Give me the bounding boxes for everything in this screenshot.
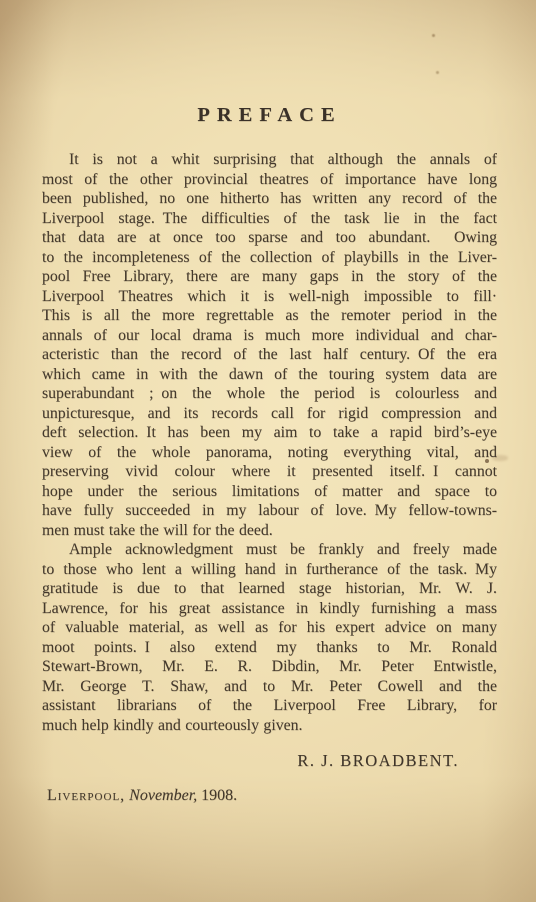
text-line: have fully succeeded in my labour of lov…	[42, 501, 497, 521]
text-line: men must take the will for the deed.	[42, 521, 497, 541]
text-line: assistant librarians of the Liverpool Fr…	[42, 696, 497, 716]
text-line: that data are at once too sparse and too…	[42, 228, 497, 248]
author-signature: R. J. BROADBENT.	[42, 751, 497, 771]
dateline-month: November,	[129, 787, 197, 804]
text-line: Stewart-Brown, Mr. E. R. Dibdin, Mr. Pet…	[42, 657, 497, 677]
paragraph-2: Ample acknowledgment must be frankly and…	[42, 540, 497, 735]
text-line: Liverpool stage. The difficulties of the…	[42, 209, 497, 229]
text-line: annals of our local drama is much more i…	[42, 326, 497, 346]
text-line: preserving vivid colour where it present…	[42, 462, 497, 482]
text-line: deft selection. It has been my aim to ta…	[42, 423, 497, 443]
text-line: view of the whole panorama, noting every…	[42, 443, 497, 463]
dateline-place: Liverpool,	[47, 787, 125, 804]
book-page: PREFACE It is not a whit surprising that…	[0, 0, 536, 902]
text-line: to those who lent a willing hand in furt…	[42, 560, 497, 580]
text-line: been published, no one hitherto has writ…	[42, 189, 497, 209]
text-line: superabundant ; on the whole the period …	[42, 384, 497, 404]
dateline: Liverpool, November, 1908.	[42, 786, 497, 806]
text-block: PREFACE It is not a whit surprising that…	[42, 0, 497, 806]
text-line: Mr. George T. Shaw, and to Mr. Peter Cow…	[42, 677, 497, 697]
text-line: unpicturesque, and its records call for …	[42, 404, 497, 424]
text-line: to the incompleteness of the collection …	[42, 248, 497, 268]
dateline-year: 1908.	[201, 787, 237, 804]
paragraph-1: It is not a whit surprising that althoug…	[42, 150, 497, 540]
text-line: which came in with the dawn of the touri…	[42, 365, 497, 385]
text-line: pool Free Library, there are many gaps i…	[42, 267, 497, 287]
text-line: acteristic than the record of the last h…	[42, 345, 497, 365]
text-line: of valuable material, as well as for his…	[42, 618, 497, 638]
text-line: Liverpool Theatres which it is well-nigh…	[42, 287, 497, 307]
text-line: most of the other provincial theatres of…	[42, 170, 497, 190]
text-line: This is all the more regrettable as the …	[42, 306, 497, 326]
text-line: Lawrence, for his great assistance in ki…	[42, 599, 497, 619]
text-line: much help kindly and courteously given.	[42, 716, 497, 736]
text-line: gratitude is due to that learned stage h…	[42, 579, 497, 599]
text-line: Ample acknowledgment must be frankly and…	[42, 540, 497, 560]
page-title: PREFACE	[42, 102, 497, 128]
text-line: moot points. I also extend my thanks to …	[42, 638, 497, 658]
text-line: It is not a whit surprising that althoug…	[42, 150, 497, 170]
text-line: hope under the serious limitations of ma…	[42, 482, 497, 502]
